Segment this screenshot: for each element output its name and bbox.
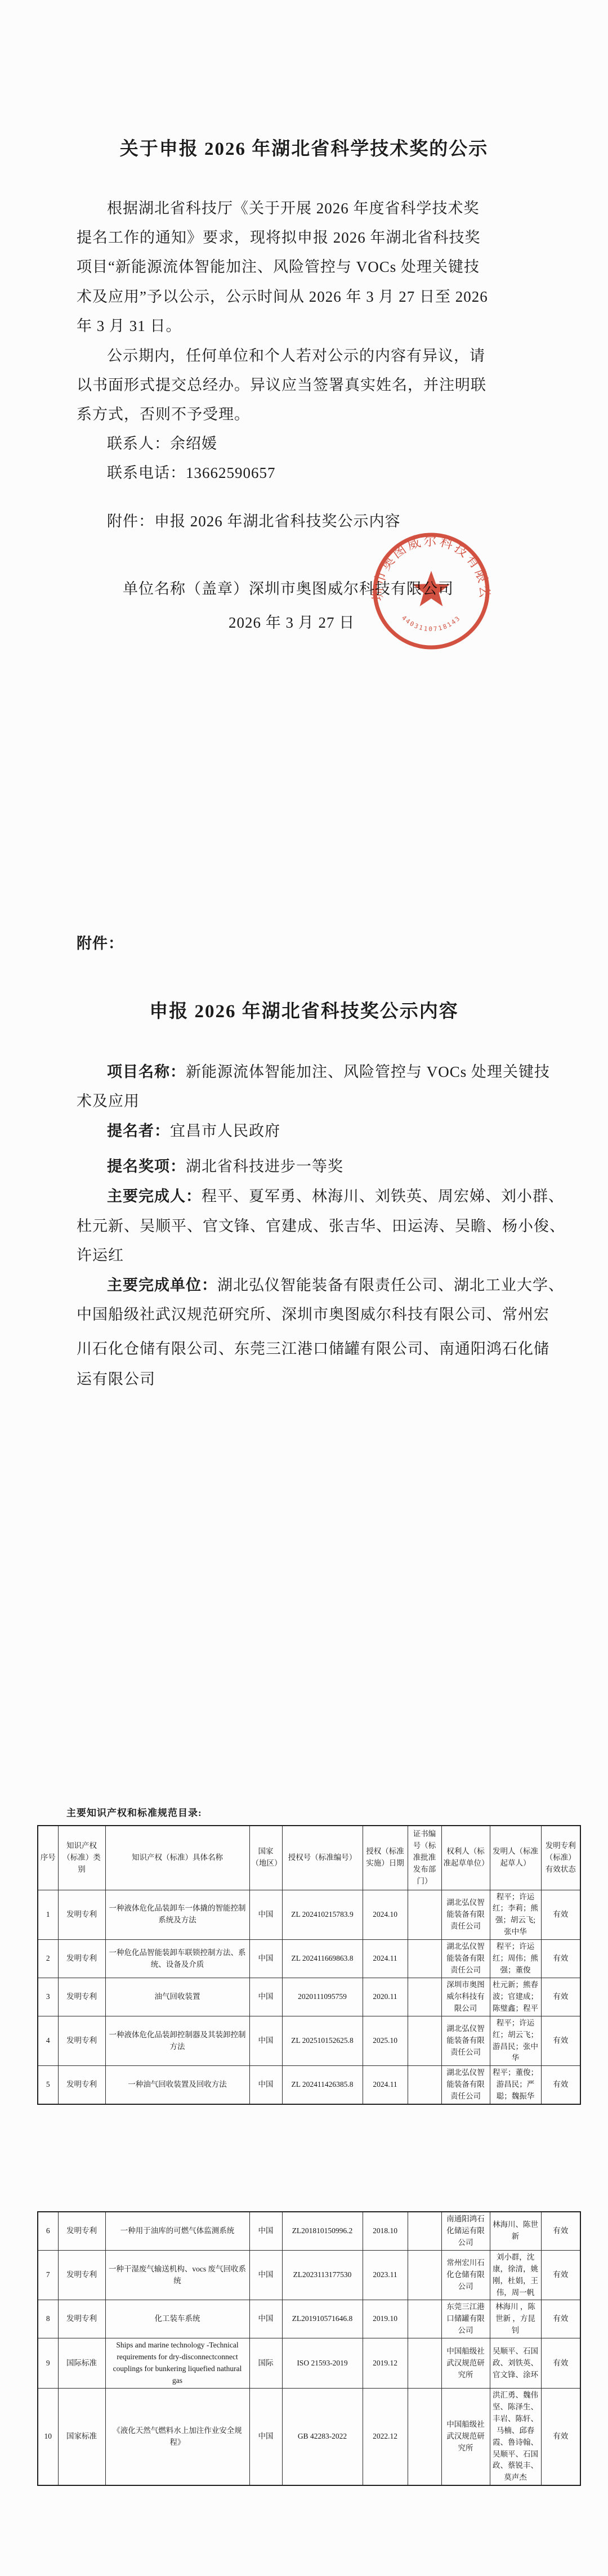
table-cell: 发明专利 xyxy=(58,1890,105,1940)
table-cell: 2024.11 xyxy=(363,1940,408,1978)
field-value: 新能源流体智能加注、风险管控与 VOCs 处理关键技 xyxy=(186,1063,550,1080)
column-header: 序号 xyxy=(38,1826,58,1890)
field-main-organizations-cont: 运有限公司 xyxy=(77,1368,155,1390)
table-cell: 湖北弘仪智能装备有限责任公司 xyxy=(441,2066,490,2104)
paragraph-line: 项目“新能源流体智能加注、风险管控与 VOCs 处理关键技 xyxy=(77,256,480,278)
field-main-organizations-cont: 川石化仓储有限公司、东莞三江港口储罐有限公司、南通阳鸿石化储 xyxy=(77,1338,549,1360)
column-header: 知识产权（标准）类别 xyxy=(58,1826,105,1890)
column-header: 授权号（标准编号） xyxy=(282,1826,363,1890)
ip-table-page2: 6发明专利一种用于油库的可燃气体监测系统中国ZL201810150996.220… xyxy=(37,2211,581,2486)
table-cell: 有效 xyxy=(541,1940,580,1978)
table-cell: 中国 xyxy=(249,2016,282,2066)
table-cell: 东莞三江港口储罐有限公司 xyxy=(441,2300,490,2338)
table-cell: 发明专利 xyxy=(58,1940,105,1978)
table-row: 10国家标准《液化天然气燃料水上加注作业安全规程》中国GB 42283-2022… xyxy=(38,2388,580,2485)
table-cell: 湖北弘仪智能装备有限责任公司 xyxy=(441,1940,490,1978)
paragraph-line: 以书面形式提交总经办。异议应当签署真实姓名，并注明联 xyxy=(77,374,486,396)
table-cell: 刘小群，沈康，徐清，姚刚，杜娟，王伟，周一帆 xyxy=(490,2250,541,2300)
table-row: 4发明专利一种液体危化品装卸控制器及其装卸控制方法中国ZL 2025101526… xyxy=(38,2016,580,2066)
table-cell: 2019.12 xyxy=(363,2338,408,2389)
table-cell xyxy=(408,2250,441,2300)
table-cell: 一种液体危化品装卸控制器及其装卸控制方法 xyxy=(105,2016,249,2066)
page-title: 关于申报 2026 年湖北省科学技术奖的公示 xyxy=(0,134,608,160)
table-cell: 9 xyxy=(38,2338,58,2389)
company-seal: 深圳市奥图威尔科技有限公司 4403110718143 xyxy=(369,529,493,653)
table-cell: 2024.10 xyxy=(363,1890,408,1940)
table-cell: 中国 xyxy=(249,1978,282,2016)
table-cell: 7 xyxy=(38,2250,58,2300)
table-cell: 10 xyxy=(38,2388,58,2485)
table-cell: 4 xyxy=(38,2016,58,2066)
table-cell xyxy=(408,2212,441,2250)
table-cell: 发明专利 xyxy=(58,2250,105,2300)
table-cell: 有效 xyxy=(541,2212,580,2250)
table-cell: 2020111095759 xyxy=(282,1978,363,2016)
table-cell: 程平；许运红；周伟；熊强；董俊 xyxy=(490,1940,541,1978)
column-header: 授权（标准实施）日期 xyxy=(363,1826,408,1890)
table-cell: 发明专利 xyxy=(58,2016,105,2066)
table-cell xyxy=(408,2016,441,2066)
table-cell: 深圳市奥图威尔科技有限公司 xyxy=(441,1978,490,2016)
table-cell: 林海川 ，陈世新 ，方昆钊 xyxy=(490,2300,541,2338)
table-cell xyxy=(408,1940,441,1978)
table-cell: 有效 xyxy=(541,1890,580,1940)
table-row: 3发明专利油气回收装置中国20201110957592020.11深圳市奥图威尔… xyxy=(38,1978,580,2016)
table-cell: 2022.12 xyxy=(363,2388,408,2485)
field-project-name-cont: 术及应用 xyxy=(77,1090,140,1112)
table-cell: 中国 xyxy=(249,1890,282,1940)
table-cell: 2023.11 xyxy=(363,2250,408,2300)
column-header: 证书编号（标准批准发布部门） xyxy=(408,1826,441,1890)
table-cell: 《液化天然气燃料水上加注作业安全规程》 xyxy=(105,2388,249,2485)
attachment-reference: 附件：申报 2026 年湖北省科技奖公示内容 xyxy=(107,510,401,533)
scanned-document: 关于申报 2026 年湖北省科学技术奖的公示 根据湖北省科技厅《关于开展 202… xyxy=(0,0,608,2576)
table-cell: 6 xyxy=(38,2212,58,2250)
table-cell: 中国船级社武汉规范研究所 xyxy=(441,2338,490,2389)
table-cell: ZL201910571646.8 xyxy=(282,2300,363,2338)
field-award: 提名奖项：湖北省科技进步一等奖 xyxy=(107,1155,343,1178)
table-cell: 林海川、陈世新 xyxy=(490,2212,541,2250)
table-cell: 中国 xyxy=(249,2066,282,2104)
field-main-organizations: 主要完成单位：湖北弘仪智能装备有限责任公司、湖北工业大学、 xyxy=(107,1274,564,1296)
table-cell: 国家标准 xyxy=(58,2388,105,2485)
column-header: 知识产权（标准）具体名称 xyxy=(105,1826,249,1890)
table-row: 5发明专利一种油气回收装置及回收方法中国ZL 202411426385.8202… xyxy=(38,2066,580,2104)
field-value: 湖北弘仪智能装备有限责任公司、湖北工业大学、 xyxy=(217,1277,564,1294)
table-cell: 有效 xyxy=(541,2338,580,2389)
field-value: 宜昌市人民政府 xyxy=(170,1122,280,1139)
header-row: 序号知识产权（标准）类别知识产权（标准）具体名称国家（地区）授权号（标准编号）授… xyxy=(38,1826,580,1890)
table-cell xyxy=(408,2388,441,2485)
table-cell: 中国 xyxy=(249,2300,282,2338)
table-cell xyxy=(408,2300,441,2338)
table-cell: 一种油气回收装置及回收方法 xyxy=(105,2066,249,2104)
table-cell: 常州宏川石化仓储有限公司 xyxy=(441,2250,490,2300)
table-cell: 程平；许运红；李莉；熊强；胡云飞;张中华 xyxy=(490,1890,541,1940)
table-cell: 2019.10 xyxy=(363,2300,408,2338)
table-cell: 湖北弘仪智能装备有限责任公司 xyxy=(441,1890,490,1940)
paragraph-line: 术及应用”予以公示，公示时间从 2026 年 3 月 27 日至 2026 xyxy=(77,285,488,308)
table-cell: Ships and marine technology -Technical r… xyxy=(105,2338,249,2389)
table-cell: 程平；董俊；游昌民；严聪；魏振华 xyxy=(490,2066,541,2104)
table-cell: ZL 202510152625.8 xyxy=(282,2016,363,2066)
ip-table-page1: 序号知识产权（标准）类别知识产权（标准）具体名称国家（地区）授权号（标准编号）授… xyxy=(37,1825,581,2105)
table-cell xyxy=(408,1978,441,2016)
table-cell: 发明专利 xyxy=(58,2066,105,2104)
table-cell: 2020.11 xyxy=(363,1978,408,2016)
field-nominator: 提名者：宜昌市人民政府 xyxy=(107,1120,280,1142)
table-cell: 中国 xyxy=(249,1940,282,1978)
date-line: 2026 年 3 月 27 日 xyxy=(229,611,355,634)
table-cell: 化工装车系统 xyxy=(105,2300,249,2338)
table-cell xyxy=(408,2338,441,2389)
contact-person: 联系人：余绍媛 xyxy=(107,432,217,455)
table-cell: ZL 202411426385.8 xyxy=(282,2066,363,2104)
field-label: 主要完成人： xyxy=(107,1188,202,1205)
table-cell: 有效 xyxy=(541,2016,580,2066)
paragraph-line: 提名工作的通知》要求，现将拟申报 2026 年湖北省科技奖 xyxy=(77,226,481,249)
table-row: 2发明专利一种危化品智能装卸车联锁控制方法、系统、设备及介质中国ZL 20241… xyxy=(38,1940,580,1978)
field-label: 提名者： xyxy=(107,1122,170,1139)
table-cell: 程平；许运红；胡云飞；游昌民；张中华 xyxy=(490,2016,541,2066)
ip-table-title: 主要知识产权和标准规范目录: xyxy=(66,1805,202,1819)
field-main-contributors: 主要完成人：程平、夏军勇、林海川、刘铁英、周宏娣、刘小群、 xyxy=(107,1185,564,1207)
field-main-organizations-cont: 中国船级社武汉规范研究所、深圳市奥图威尔科技有限公司、常州宏 xyxy=(77,1303,549,1326)
table-cell: 杜元新；熊春波；官建成；陈璧鑫；程平 xyxy=(490,1978,541,2016)
paragraph-line: 根据湖北省科技厅《关于开展 2026 年度省科学技术奖 xyxy=(107,197,480,220)
table-cell: 发明专利 xyxy=(58,2212,105,2250)
table-cell: 南通阳鸿石化储运有限公司 xyxy=(441,2212,490,2250)
field-main-contributors-cont: 许运红 xyxy=(77,1244,124,1267)
field-value: 湖北省科技进步一等奖 xyxy=(186,1158,343,1175)
table-row: 7发明专利一种干湿废气输送机构、vocs 废气回收系统中国ZL202311317… xyxy=(38,2250,580,2300)
table-cell: 一种液体危化品装卸车一体撬的智能控制系统及方法 xyxy=(105,1890,249,1940)
table-cell: 有效 xyxy=(541,2066,580,2104)
table-cell: 中国 xyxy=(249,2250,282,2300)
table-cell: 有效 xyxy=(541,2300,580,2338)
table-cell: 中国 xyxy=(249,2388,282,2485)
table-cell: ZL 202411669863.8 xyxy=(282,1940,363,1978)
field-label: 项目名称： xyxy=(107,1063,186,1080)
paragraph-line: 系方式，否则不予受理。 xyxy=(77,403,250,426)
seal-star xyxy=(413,571,450,606)
table-cell: 一种危化品智能装卸车联锁控制方法、系统、设备及介质 xyxy=(105,1940,249,1978)
table-cell: 国际 xyxy=(249,2338,282,2389)
table-cell xyxy=(408,1890,441,1940)
contact-phone: 联系电话：13662590657 xyxy=(107,462,276,484)
table-cell: 2025.10 xyxy=(363,2016,408,2066)
paragraph-line: 年 3 月 31 日。 xyxy=(77,315,182,337)
column-header: 国家（地区） xyxy=(249,1826,282,1890)
table-row: 1发明专利一种液体危化品装卸车一体撬的智能控制系统及方法中国ZL 2024102… xyxy=(38,1890,580,1940)
paragraph-line: 公示期内，任何单位和个人若对公示的内容有异议，请 xyxy=(107,345,485,367)
table-cell: 发明专利 xyxy=(58,1978,105,2016)
table-cell: 5 xyxy=(38,2066,58,2104)
table-row: 9国际标准Ships and marine technology -Techni… xyxy=(38,2338,580,2389)
table-cell: 有效 xyxy=(541,2250,580,2300)
table-cell: 油气回收装置 xyxy=(105,1978,249,2016)
table-cell: 有效 xyxy=(541,2388,580,2485)
field-label: 提名奖项： xyxy=(107,1158,186,1175)
table-cell: 1 xyxy=(38,1890,58,1940)
table-cell: 3 xyxy=(38,1978,58,2016)
field-main-contributors-cont: 杜元新、吴顺平、官文锋、官建成、张吉华、田运涛、吴瞻、杨小俊、 xyxy=(77,1215,565,1237)
table-cell: 中国船级社武汉规范研究所 xyxy=(441,2388,490,2485)
field-value: 程平、夏军勇、林海川、刘铁英、周宏娣、刘小群、 xyxy=(202,1188,564,1205)
table-cell: ZL201810150996.2 xyxy=(282,2212,363,2250)
table-row: 8发明专利化工装车系统中国ZL201910571646.82019.10东莞三江… xyxy=(38,2300,580,2338)
table-cell xyxy=(408,2066,441,2104)
column-header: 发明专利（标准）有效状态 xyxy=(541,1826,580,1890)
field-project-name: 项目名称：新能源流体智能加注、风险管控与 VOCs 处理关键技 xyxy=(107,1061,550,1083)
field-label: 主要完成单位： xyxy=(107,1277,217,1294)
table-cell: GB 42283-2022 xyxy=(282,2388,363,2485)
table-cell: 国际标准 xyxy=(58,2338,105,2389)
seal-serial-number: 4403110718143 xyxy=(400,614,462,633)
table-cell: ISO 21593-2019 xyxy=(282,2338,363,2389)
column-header: 权利人（标准起草单位） xyxy=(441,1826,490,1890)
column-header: 发明人（标准起草人） xyxy=(490,1826,541,1890)
table-cell: 2024.11 xyxy=(363,2066,408,2104)
table-cell: ZL 202410215783.9 xyxy=(282,1890,363,1940)
table-cell: 洪汇勇、魏伟坚、陈泽生、丰岩、陈轩、马楠、邱春霞、鲁诗翰、吴顺平、石国政、蔡锐丰… xyxy=(490,2388,541,2485)
table-cell: 湖北弘仪智能装备有限责任公司 xyxy=(441,2016,490,2066)
table-cell: 中国 xyxy=(249,2212,282,2250)
table-row: 6发明专利一种用于油库的可燃气体监测系统中国ZL201810150996.220… xyxy=(38,2212,580,2250)
table-cell: 一种干湿废气输送机构、vocs 废气回收系统 xyxy=(105,2250,249,2300)
attachment-title: 申报 2026 年湖北省科技奖公示内容 xyxy=(0,996,608,1023)
table-cell: 有效 xyxy=(541,1978,580,2016)
table-cell: ZL2023113177530 xyxy=(282,2250,363,2300)
table-cell: 一种用于油库的可燃气体监测系统 xyxy=(105,2212,249,2250)
table-cell: 8 xyxy=(38,2300,58,2338)
table-cell: 2 xyxy=(38,1940,58,1978)
table-cell: 2018.10 xyxy=(363,2212,408,2250)
table-cell: 吴顺平、石国政、刘铁英、官文锋、涂环 xyxy=(490,2338,541,2389)
table-cell: 发明专利 xyxy=(58,2300,105,2338)
attachment-label: 附件： xyxy=(77,932,124,955)
